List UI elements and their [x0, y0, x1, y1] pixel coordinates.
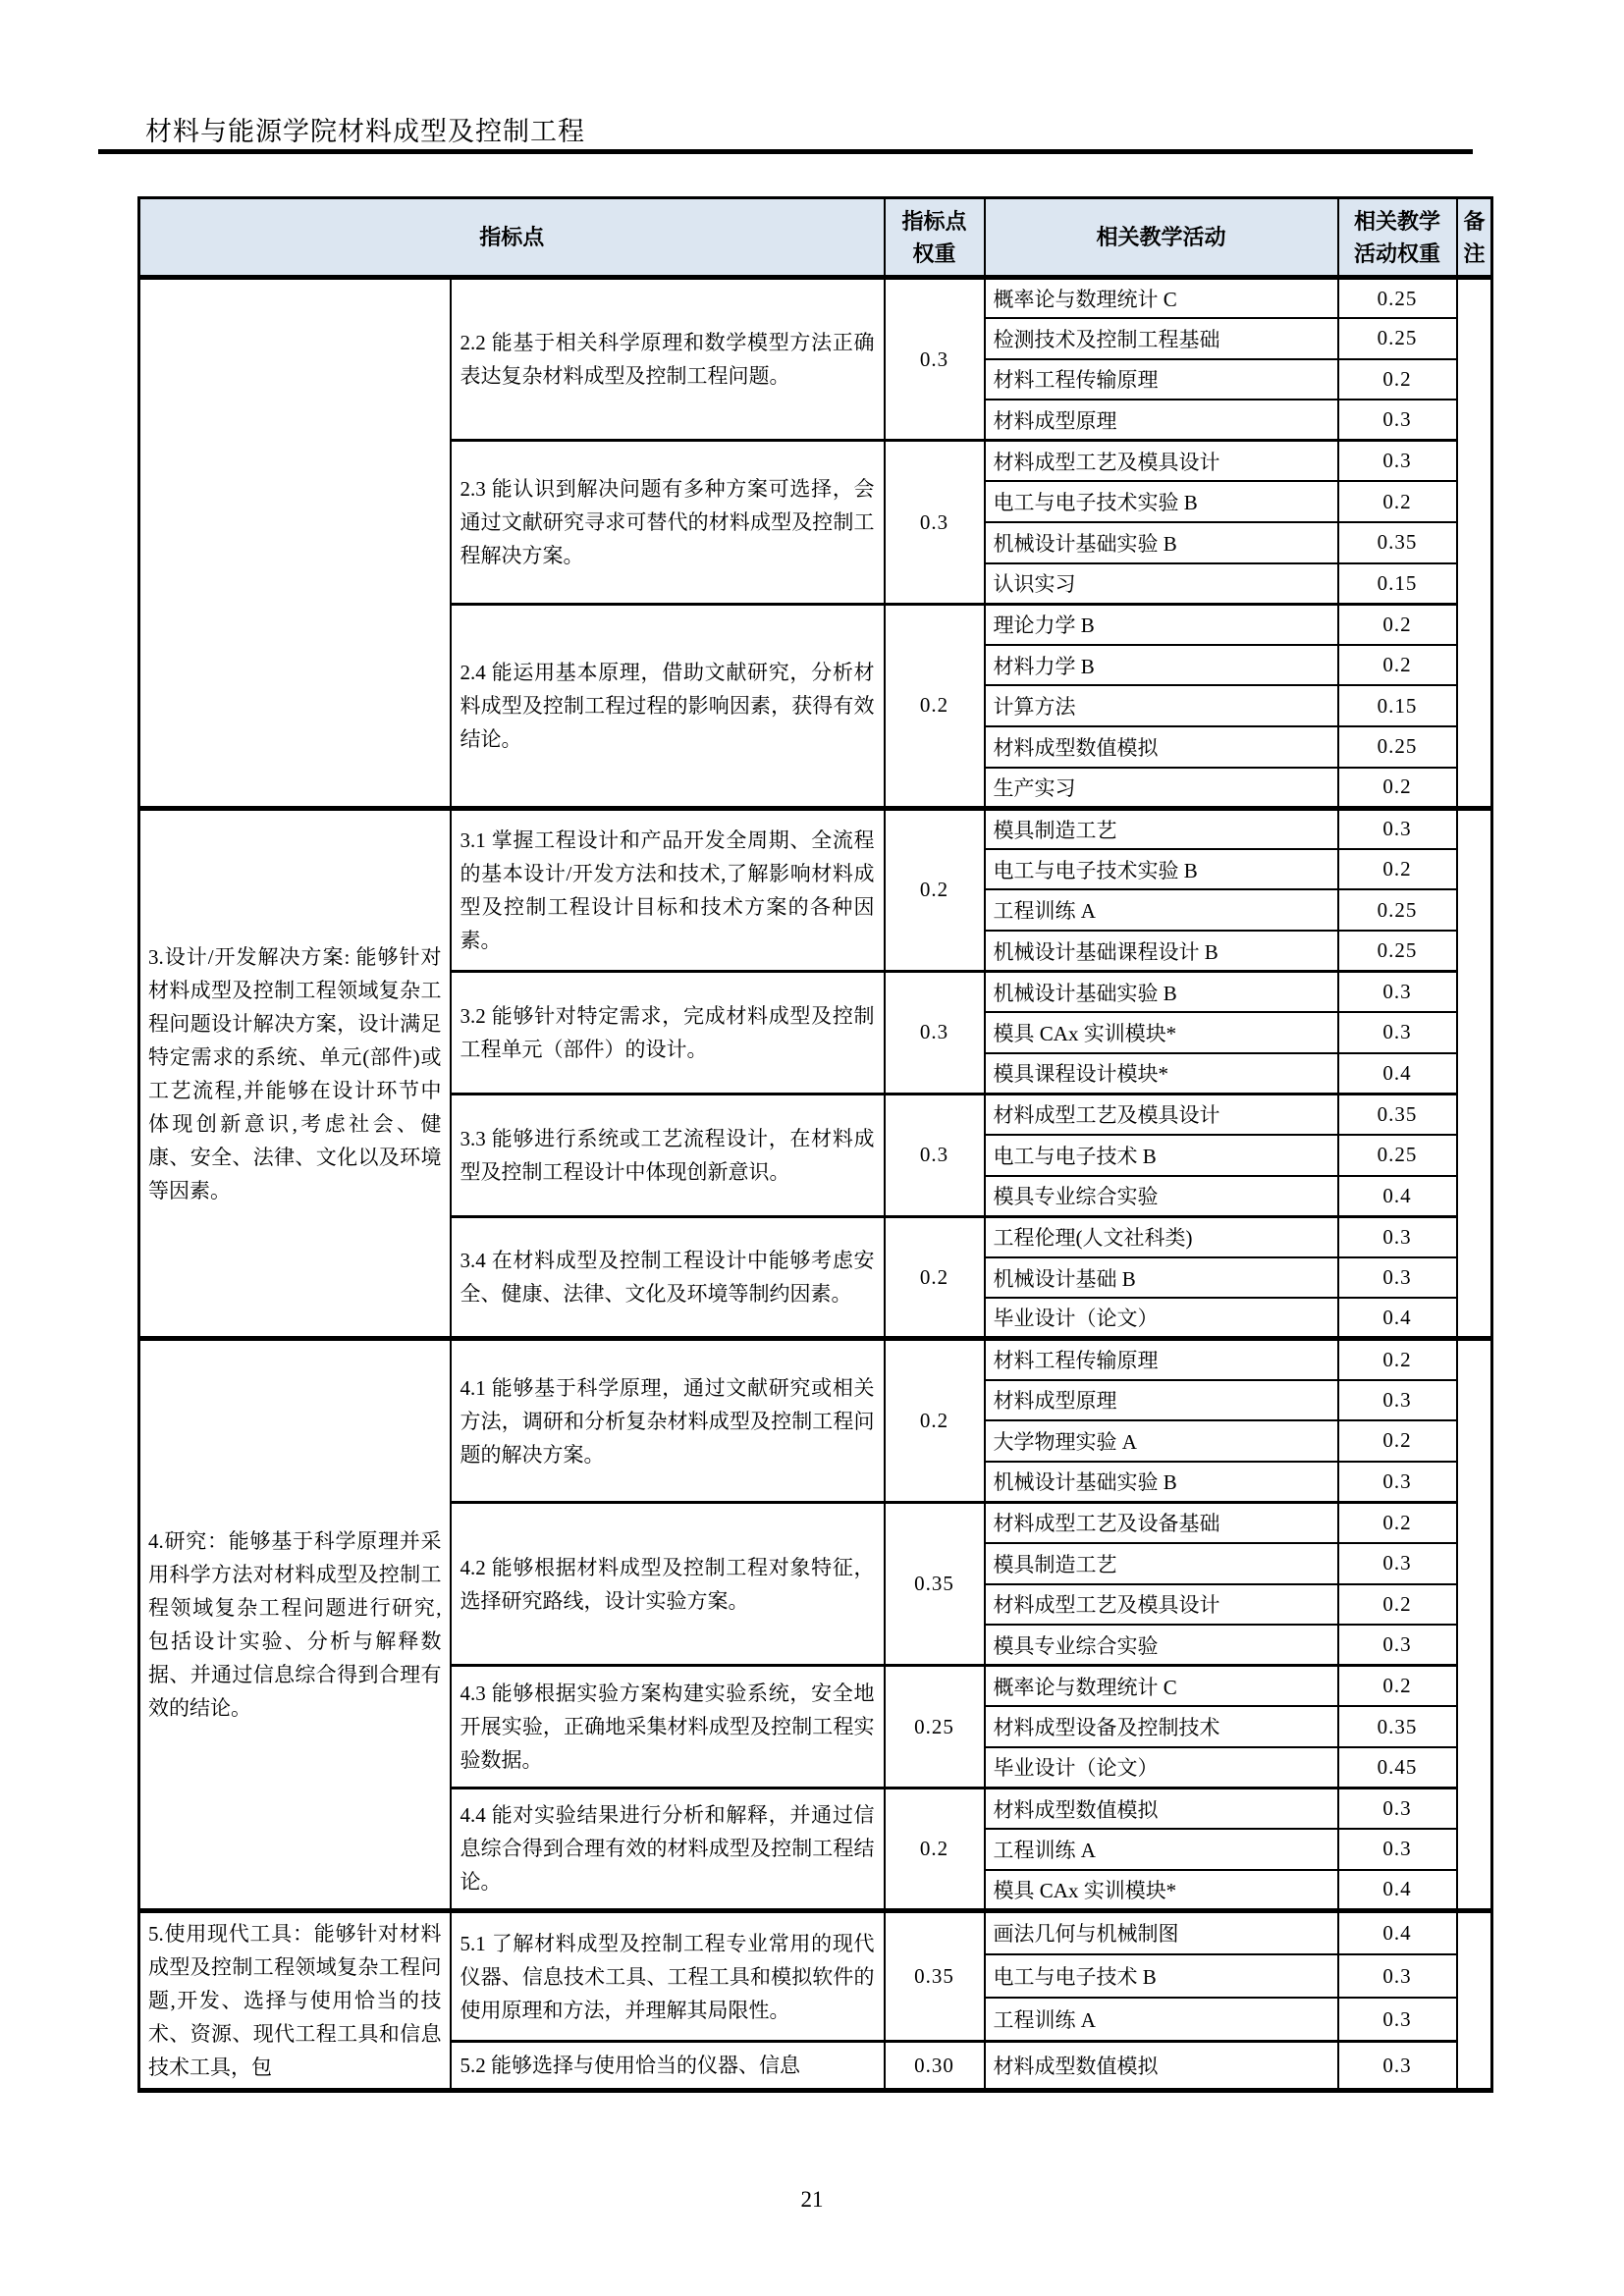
activity-name-cell: 材料成型工艺及设备基础	[985, 1502, 1338, 1543]
activity-weight-cell: 0.3	[1338, 1998, 1457, 2042]
activity-weight-cell: 0.25	[1338, 931, 1457, 972]
activity-weight-cell: 0.4	[1338, 1870, 1457, 1911]
activity-name-cell: 材料力学 B	[985, 645, 1338, 686]
activity-weight-cell: 0.15	[1338, 563, 1457, 605]
activity-weight-cell: 0.2	[1338, 645, 1457, 686]
activity-name-cell: 工程训练 A	[985, 889, 1338, 931]
activity-name-cell: 机械设计基础课程设计 B	[985, 931, 1338, 972]
header-rule	[98, 149, 1473, 154]
indicator-weight-cell: 0.3	[885, 972, 985, 1095]
activity-weight-cell: 0.3	[1338, 1462, 1457, 1503]
activity-name-cell: 电工与电子技术 B	[985, 1135, 1338, 1176]
indicator-cell: 2.4 能运用基本原理，借助文献研究，分析材料成型及控制工程过程的影响因素，获得…	[451, 604, 885, 808]
activity-name-cell: 材料成型数值模拟	[985, 2042, 1338, 2090]
activity-name-cell: 大学物理实验 A	[985, 1420, 1338, 1462]
category-cell: 5.使用现代工具：能够针对材料成型及控制工程领域复杂工程问题,开发、选择与使用恰…	[139, 1910, 451, 2090]
activity-weight-cell: 0.4	[1338, 1910, 1457, 1954]
activity-weight-cell: 0.3	[1338, 1380, 1457, 1421]
activity-weight-cell: 0.15	[1338, 685, 1457, 726]
activity-weight-cell: 0.2	[1338, 849, 1457, 890]
activity-weight-cell: 0.4	[1338, 1298, 1457, 1339]
activity-weight-cell: 0.25	[1338, 889, 1457, 931]
indicator-cell: 3.2 能够针对特定需求，完成材料成型及控制工程单元（部件）的设计。	[451, 972, 885, 1095]
activity-weight-cell: 0.35	[1338, 522, 1457, 563]
activity-weight-cell: 0.3	[1338, 400, 1457, 441]
indicator-cell: 5.2 能够选择与使用恰当的仪器、信息	[451, 2042, 885, 2090]
table-row: 3.设计/开发解决方案: 能够针对材料成型及控制工程领域复杂工程问题设计解决方案…	[139, 808, 1492, 849]
indicator-weight-cell: 0.35	[885, 1910, 985, 2042]
activity-name-cell: 电工与电子技术 B	[985, 1954, 1338, 1999]
remark-cell	[1457, 1339, 1492, 1910]
activity-weight-cell: 0.3	[1338, 441, 1457, 482]
indicator-cell: 3.1 掌握工程设计和产品开发全周期、全流程的基本设计/开发方法和技术,了解影响…	[451, 808, 885, 971]
header-indicator-weight: 指标点 权重	[885, 198, 985, 278]
activity-name-cell: 材料成型原理	[985, 400, 1338, 441]
activity-weight-cell: 0.4	[1338, 1053, 1457, 1095]
activity-weight-cell: 0.3	[1338, 1012, 1457, 1053]
activity-name-cell: 画法几何与机械制图	[985, 1910, 1338, 1954]
table-row: 4.研究：能够基于科学原理并采用科学方法对材料成型及控制工程领域复杂工程问题进行…	[139, 1339, 1492, 1380]
activity-name-cell: 机械设计基础实验 B	[985, 522, 1338, 563]
indicator-cell: 4.3 能够根据实验方案构建实验系统，安全地开展实验，正确地采集材料成型及控制工…	[451, 1666, 885, 1789]
indicator-cell: 2.3 能认识到解决问题有多种方案可选择，会通过文献研究寻求可替代的材料成型及控…	[451, 441, 885, 604]
page-number: 21	[0, 2187, 1624, 2213]
indicator-weight-cell: 0.35	[885, 1502, 985, 1665]
table-row: 2.2 能基于相关科学原理和数学模型方法正确表达复杂材料成型及控制工程问题。 0…	[139, 278, 1492, 319]
activity-weight-cell: 0.3	[1338, 1829, 1457, 1870]
activity-weight-cell: 0.2	[1338, 1339, 1457, 1380]
activity-name-cell: 模具专业综合实验	[985, 1176, 1338, 1217]
activity-name-cell: 计算方法	[985, 685, 1338, 726]
activity-name-cell: 工程训练 A	[985, 1998, 1338, 2042]
remark-cell	[1457, 278, 1492, 809]
activity-weight-cell: 0.25	[1338, 726, 1457, 768]
activity-name-cell: 概率论与数理统计 C	[985, 278, 1338, 319]
activity-name-cell: 模具课程设计模块*	[985, 1053, 1338, 1095]
activity-name-cell: 模具专业综合实验	[985, 1625, 1338, 1666]
activity-name-cell: 模具 CAx 实训模块*	[985, 1870, 1338, 1911]
indicator-weight-cell: 0.25	[885, 1666, 985, 1789]
activity-weight-cell: 0.2	[1338, 1666, 1457, 1707]
activity-name-cell: 材料工程传输原理	[985, 359, 1338, 400]
activity-name-cell: 材料成型工艺及模具设计	[985, 1584, 1338, 1626]
activity-name-cell: 材料工程传输原理	[985, 1339, 1338, 1380]
remark-cell	[1457, 808, 1492, 1339]
activity-weight-cell: 0.3	[1338, 1625, 1457, 1666]
activity-weight-cell: 0.3	[1338, 1216, 1457, 1257]
activity-weight-cell: 0.35	[1338, 1706, 1457, 1747]
activity-weight-cell: 0.25	[1338, 278, 1457, 319]
activity-name-cell: 材料成型工艺及模具设计	[985, 1094, 1338, 1135]
activity-weight-cell: 0.3	[1338, 2042, 1457, 2090]
activity-name-cell: 机械设计基础 B	[985, 1257, 1338, 1299]
activity-weight-cell: 0.3	[1338, 1543, 1457, 1584]
activity-name-cell: 材料成型工艺及模具设计	[985, 441, 1338, 482]
activity-name-cell: 检测技术及控制工程基础	[985, 318, 1338, 359]
curriculum-table: 指标点 指标点 权重 相关教学活动 相关教学 活动权重 备 注 2.2 能基于相…	[137, 196, 1493, 2093]
activity-weight-cell: 0.3	[1338, 972, 1457, 1013]
activity-weight-cell: 0.2	[1338, 768, 1457, 809]
activity-name-cell: 毕业设计（论文）	[985, 1747, 1338, 1789]
category-cell	[139, 278, 451, 809]
activity-name-cell: 概率论与数理统计 C	[985, 1666, 1338, 1707]
activity-weight-cell: 0.3	[1338, 1788, 1457, 1829]
activity-name-cell: 模具制造工艺	[985, 808, 1338, 849]
activity-name-cell: 模具制造工艺	[985, 1543, 1338, 1584]
table-row: 5.使用现代工具：能够针对材料成型及控制工程领域复杂工程问题,开发、选择与使用恰…	[139, 1910, 1492, 1954]
indicator-weight-cell: 0.3	[885, 1094, 985, 1216]
activity-name-cell: 工程训练 A	[985, 1829, 1338, 1870]
category-cell: 3.设计/开发解决方案: 能够针对材料成型及控制工程领域复杂工程问题设计解决方案…	[139, 808, 451, 1339]
activity-weight-cell: 0.2	[1338, 604, 1457, 645]
indicator-weight-cell: 0.3	[885, 441, 985, 604]
indicator-weight-cell: 0.2	[885, 604, 985, 808]
indicator-cell: 4.2 能够根据材料成型及控制工程对象特征，选择研究路线，设计实验方案。	[451, 1502, 885, 1665]
activity-name-cell: 材料成型原理	[985, 1380, 1338, 1421]
activity-weight-cell: 0.3	[1338, 1257, 1457, 1299]
activity-name-cell: 材料成型数值模拟	[985, 1788, 1338, 1829]
activity-name-cell: 模具 CAx 实训模块*	[985, 1012, 1338, 1053]
activity-weight-cell: 0.3	[1338, 1954, 1457, 1999]
indicator-cell: 4.1 能够基于科学原理，通过文献研究或相关方法，调研和分析复杂材料成型及控制工…	[451, 1339, 885, 1502]
header-remark: 备 注	[1457, 198, 1492, 278]
activity-weight-cell: 0.4	[1338, 1176, 1457, 1217]
indicator-weight-cell: 0.3	[885, 278, 985, 441]
doc-title: 材料与能源学院材料成型及控制工程	[145, 110, 585, 148]
indicator-weight-cell: 0.2	[885, 1339, 985, 1502]
document-page: 材料与能源学院材料成型及控制工程 指标点 指标点 权重 相关教学活动 相关教学 …	[0, 0, 1624, 2296]
activity-weight-cell: 0.2	[1338, 1502, 1457, 1543]
activity-name-cell: 材料成型设备及控制技术	[985, 1706, 1338, 1747]
activity-name-cell: 生产实习	[985, 768, 1338, 809]
activity-weight-cell: 0.2	[1338, 359, 1457, 400]
indicator-cell: 5.1 了解材料成型及控制工程专业常用的现代仪器、信息技术工具、工程工具和模拟软…	[451, 1910, 885, 2042]
activity-weight-cell: 0.2	[1338, 481, 1457, 522]
indicator-weight-cell: 0.30	[885, 2042, 985, 2090]
activity-weight-cell: 0.35	[1338, 1094, 1457, 1135]
category-cell: 4.研究：能够基于科学原理并采用科学方法对材料成型及控制工程领域复杂工程问题进行…	[139, 1339, 451, 1910]
header-activity-weight: 相关教学 活动权重	[1338, 198, 1457, 278]
activity-weight-cell: 0.25	[1338, 318, 1457, 359]
indicator-weight-cell: 0.2	[885, 1216, 985, 1339]
header-activity: 相关教学活动	[985, 198, 1338, 278]
indicator-cell: 3.4 在材料成型及控制工程设计中能够考虑安全、健康、法律、文化及环境等制约因素…	[451, 1216, 885, 1339]
activity-name-cell: 认识实习	[985, 563, 1338, 605]
activity-name-cell: 机械设计基础实验 B	[985, 972, 1338, 1013]
activity-weight-cell: 0.2	[1338, 1584, 1457, 1626]
activity-name-cell: 工程伦理(人文社科类)	[985, 1216, 1338, 1257]
activity-name-cell: 电工与电子技术实验 B	[985, 849, 1338, 890]
activity-name-cell: 电工与电子技术实验 B	[985, 481, 1338, 522]
activity-name-cell: 理论力学 B	[985, 604, 1338, 645]
activity-weight-cell: 0.45	[1338, 1747, 1457, 1789]
activity-weight-cell: 0.2	[1338, 1420, 1457, 1462]
indicator-weight-cell: 0.2	[885, 1788, 985, 1910]
activity-weight-cell: 0.3	[1338, 808, 1457, 849]
activity-name-cell: 毕业设计（论文）	[985, 1298, 1338, 1339]
header-indicator: 指标点	[139, 198, 885, 278]
table-header-row: 指标点 指标点 权重 相关教学活动 相关教学 活动权重 备 注	[139, 198, 1492, 278]
indicator-cell: 3.3 能够进行系统或工艺流程设计，在材料成型及控制工程设计中体现创新意识。	[451, 1094, 885, 1216]
activity-name-cell: 材料成型数值模拟	[985, 726, 1338, 768]
activity-name-cell: 机械设计基础实验 B	[985, 1462, 1338, 1503]
indicator-weight-cell: 0.2	[885, 808, 985, 971]
activity-weight-cell: 0.25	[1338, 1135, 1457, 1176]
indicator-cell: 2.2 能基于相关科学原理和数学模型方法正确表达复杂材料成型及控制工程问题。	[451, 278, 885, 441]
indicator-cell: 4.4 能对实验结果进行分析和解释，并通过信息综合得到合理有效的材料成型及控制工…	[451, 1788, 885, 1910]
remark-cell	[1457, 1910, 1492, 2090]
